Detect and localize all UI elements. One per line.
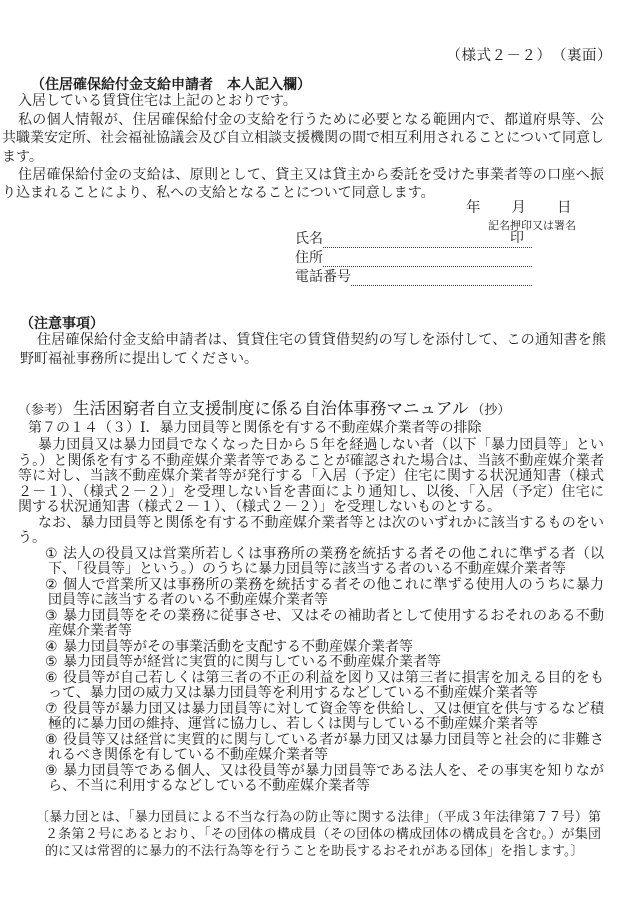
day-label: 日 (557, 196, 572, 217)
item-number: ⑨ (45, 764, 58, 780)
item-number: ② (45, 578, 58, 594)
reference-label: （参考） (18, 402, 70, 417)
name-label: 氏名 (295, 231, 323, 248)
item-text: 役員等又は経営に実質的に関与している者が暴力団又は暴力団員等と社会的に非難される… (48, 733, 604, 764)
date-line: 年 月 日 (466, 196, 572, 217)
item-number: ① (45, 547, 58, 563)
address-input-line[interactable] (323, 248, 532, 267)
item-number: ⑦ (45, 702, 58, 718)
name-input-line[interactable] (323, 229, 532, 248)
address-field-row: 住所 (295, 248, 532, 267)
applicant-section-title: （住居確保給付金支給申請者 本人記入欄） (2, 75, 604, 93)
reference-subtitle: 第７の１４（３）Ⅰ．暴力団員等と関係を有する不動産媒介業者等の排除 (18, 420, 604, 437)
applicant-consent-paragraph-1: 私の個人情報が、住居確保給付金の支給を行うために必要となる範囲内で、都道府県等、… (2, 112, 604, 167)
reference-title-suffix: （抄） (471, 402, 510, 417)
notes-section-title: （注意事項） (20, 314, 606, 332)
document-page: { "colors": { "ink": "#1c1c1c", "paper":… (0, 0, 630, 903)
signature-fields: 氏名 印 住所 電話番号 (295, 229, 532, 286)
item-text: 暴力団員等がその事業活動を支配する不動産媒介業者等 (63, 640, 413, 655)
item-text: 暴力団員等をその業務に従事させ、又はその補助者として使用するおそれのある不動産媒… (48, 609, 604, 640)
reference-paragraph-2: なお、暴力団員等と関係を有する不動産媒介業者等とは次のいずれかに該当するものをい… (18, 516, 604, 547)
applicant-entry-section: （住居確保給付金支給申請者 本人記入欄） 入居している賃貸住宅は上記のとおりです… (2, 75, 604, 204)
list-item-8: ⑧役員等又は経営に実質的に関与している者が暴力団又は暴力団員等と社会的に非難され… (18, 733, 604, 764)
item-text: 暴力団員等が経営に実質的に関与している不動産媒介業者等 (63, 655, 441, 670)
item-text: 個人で営業所又は事務所の業務を統括する者その他これに準ずる使用人のうちに暴力団員… (48, 578, 604, 609)
list-item-6: ⑥役員等が自己若しくは第三者の不正の利益を図り又は第三者に損害を加える目的をもっ… (18, 671, 604, 702)
applicant-statement-line: 入居している賃貸住宅は上記のとおりです。 (2, 93, 604, 111)
month-label: 月 (512, 196, 527, 217)
reference-title-line: （参考）生活困窮者自立支援制度に係る自治体事務マニュアル（抄） (18, 399, 604, 420)
notes-body: 住居確保給付金支給申請者は、賃貸住宅の賃貸借契約の写しを添付して、この通知書を熊… (20, 332, 606, 369)
list-item-3: ③暴力団員等をその業務に従事させ、又はその補助者として使用するおそれのある不動産… (18, 609, 604, 640)
boryokudan-definition-footnote: 〔暴力団とは、「暴力団員による不当な行為の防止等に関する法律」（平成３年法律第７… (36, 808, 601, 859)
item-text: 法人の役員又は営業所若しくは事務所の業務を統括する者その他これに準ずる者（以下、… (48, 547, 604, 578)
phone-label: 電話番号 (295, 269, 351, 286)
address-label: 住所 (295, 250, 323, 267)
name-field-row: 氏名 印 (295, 229, 532, 248)
seal-mark-label: 印 (510, 227, 524, 247)
list-item-5: ⑤暴力団員等が経営に実質的に関与している不動産媒介業者等 (18, 655, 604, 671)
list-item-7: ⑦役員等が暴力団又は暴力団員等に対して資金等を供給し、又は便宜を供与するなど積極… (18, 702, 604, 733)
year-label: 年 (466, 196, 481, 217)
item-text: 暴力団員等である個人、又は役員等が暴力団員等である法人を、その事実を知りながら、… (48, 764, 604, 795)
item-number: ③ (45, 609, 58, 625)
item-number: ⑧ (45, 733, 58, 749)
list-item-2: ②個人で営業所又は事務所の業務を統括する者その他これに準ずる使用人のうちに暴力団… (18, 578, 604, 609)
list-item-9: ⑨暴力団員等である個人、又は役員等が暴力団員等である法人を、その事実を知りながら… (18, 764, 604, 795)
list-item-1: ①法人の役員又は営業所若しくは事務所の業務を統括する者その他これに準ずる者（以下… (18, 547, 604, 578)
reference-manual-section: （参考）生活困窮者自立支援制度に係る自治体事務マニュアル（抄） 第７の１４（３）… (18, 399, 604, 859)
form-code-label: （様式２－２） （裏面） (0, 44, 612, 65)
phone-input-line[interactable] (351, 267, 532, 286)
item-number: ⑤ (45, 655, 58, 671)
phone-field-row: 電話番号 (295, 267, 532, 286)
item-text: 役員等が自己若しくは第三者の不正の利益を図り又は第三者に損害を加える目的をもって… (48, 671, 604, 702)
reference-manual-title: 生活困窮者自立支援制度に係る自治体事務マニュアル (73, 399, 468, 418)
reference-paragraph-1: 暴力団員又は暴力団員でなくなった日から５年を経過しない者（以下「暴力団員等」とい… (18, 438, 604, 516)
list-item-4: ④暴力団員等がその事業活動を支配する不動産媒介業者等 (18, 640, 604, 656)
item-number: ⑥ (45, 671, 58, 687)
notes-section: （注意事項） 住居確保給付金支給申請者は、賃貸住宅の賃貸借契約の写しを添付して、… (20, 314, 606, 369)
item-text: 役員等が暴力団又は暴力団員等に対して資金等を供給し、又は便宜を供与するなど積極的… (48, 702, 604, 733)
item-number: ④ (45, 640, 58, 656)
